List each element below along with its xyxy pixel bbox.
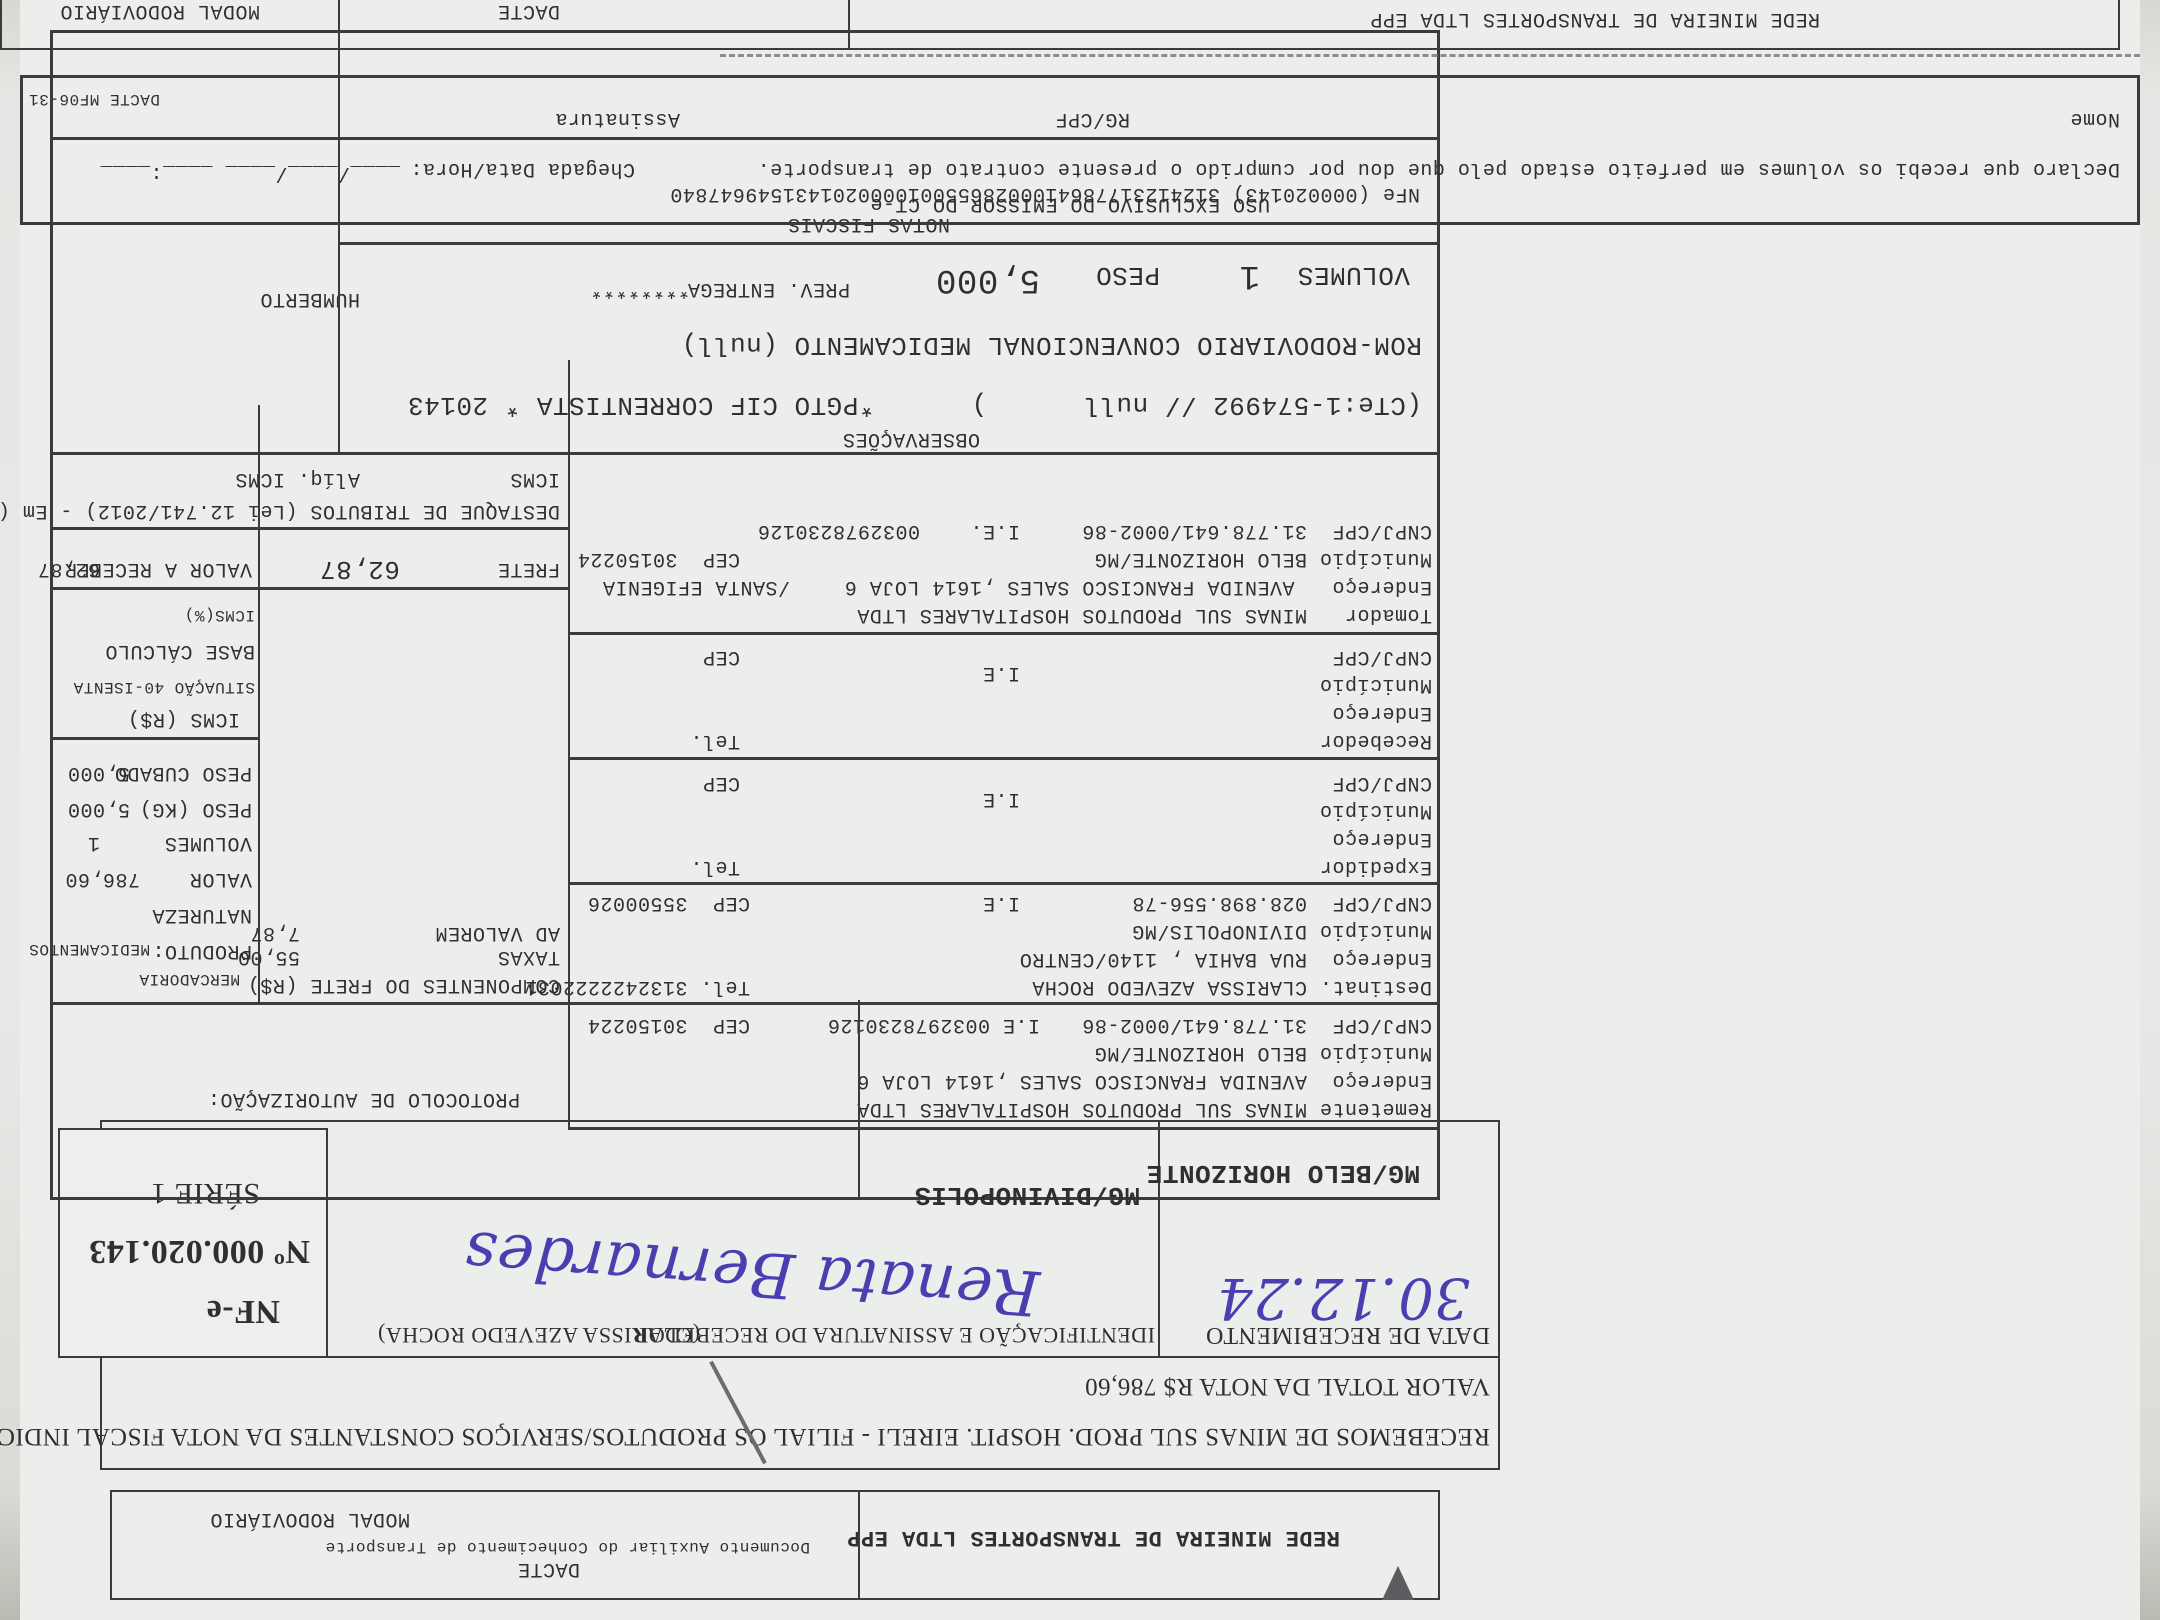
- tomador-ie-label: I.E.: [970, 519, 1020, 542]
- tax-destaque-label: DESTAQUE DE TRIBUTOS (Lei 12.741/2012) -…: [0, 499, 560, 522]
- obs-prev-entrega: ********: [590, 277, 690, 300]
- remetente-cnpj-label: CNPJ/CPF: [1332, 1013, 1432, 1036]
- recebedor-cnpj-label: CNPJ/CPF: [1332, 645, 1432, 668]
- cargo-valor-label: VALOR: [189, 867, 252, 890]
- tomador-top-line: [570, 632, 1440, 635]
- observacoes-label: OBSERVAÇÕES: [842, 427, 980, 450]
- destinatario-cnpj-label: CNPJ/CPF: [1332, 891, 1432, 914]
- recebedor-tel-label: Tel.: [690, 729, 740, 752]
- observacoes-line2: ROM-RODOVIARIO CONVENCIONAL MEDICAMENTO …: [681, 330, 1422, 360]
- cargo-peso-label: PESO (KG): [139, 797, 252, 820]
- expedidor-top-line: [570, 882, 1440, 885]
- icms-rs-line: [50, 737, 260, 740]
- tomador-cep: 30150224: [577, 547, 677, 570]
- remetente-city-label: Município: [1319, 1041, 1432, 1064]
- components-top-line: [50, 1002, 570, 1005]
- recebedor-address-label: Endereço: [1332, 701, 1432, 724]
- tax-aliq-label: Alíq. ICMS: [235, 467, 360, 490]
- expedidor-ie-label: I.E: [982, 787, 1020, 810]
- expedidor-city-label: Município: [1319, 799, 1432, 822]
- obs-volumes: 1: [1239, 256, 1260, 294]
- destinatario-address-label: Endereço: [1332, 947, 1432, 970]
- notas-top-line: [340, 242, 1440, 245]
- route-origin: MG/BELO HORIZONTE: [1146, 1158, 1420, 1188]
- protocol-label: PROTOCOLO DE AUTORIZAÇÃO:: [207, 1087, 520, 1110]
- destinatario-cep: 35500026: [587, 891, 687, 914]
- remetente-address: AVENIDA FRANCISCO SALES ,1614 LOJA 6: [857, 1069, 1307, 1092]
- components-title: COMPONENTES DO FRETE (R$): [247, 973, 560, 996]
- protocol-divider: [858, 1000, 860, 1130]
- destinatario-city-label: Município: [1319, 919, 1432, 942]
- destinatario-tel-label: Tel.: [700, 975, 750, 998]
- destaque-left-line: [568, 450, 570, 530]
- destinatario-ie-label: I.E: [982, 891, 1020, 914]
- obs-right-column-line: [338, 0, 340, 455]
- remetente-row: Remetente MINAS SUL PRODUTOS HOSPITALARE…: [857, 1097, 1432, 1120]
- tomador-district: /SANTA EFIGENIA: [602, 575, 790, 598]
- route-destination: MG/DIVINOPOLIS: [915, 1180, 1140, 1210]
- recebedor-ie-label: I.E: [982, 661, 1020, 684]
- obs-volumes-label: VOLUMES: [1297, 260, 1410, 290]
- expedidor-label: Expedidor: [1319, 855, 1432, 878]
- receipt-receiver-name: (CLARISSA AZEVEDO ROCHA): [378, 1322, 700, 1348]
- doc-modal: MODAL RODOVIÁRIO: [210, 1507, 410, 1530]
- tax-icms-pct-label: ICMS(%): [184, 606, 255, 624]
- tomador-address-label: Endereço: [1332, 575, 1432, 598]
- receipt-signature-label: IDENTIFICAÇÃO E ASSINATURA DO RECEBEDOR: [633, 1322, 1155, 1348]
- destinatario-cnpj: 028.898.556-78: [1132, 891, 1307, 914]
- route-divider: [858, 1120, 860, 1200]
- issuer-name: REDE MINEIRA DE TRANSPORTES LTDA EPP: [847, 1525, 1340, 1550]
- nfe-number: Nº 000.020.143: [89, 1232, 310, 1270]
- dacte-document-rotated: REDE MINEIRA DE TRANSPORTES LTDA EPP DAC…: [0, 0, 2160, 1620]
- tax-valor-receber: 62,87: [37, 557, 100, 580]
- remetente-cnpj: 31.778.641/0002-86: [1082, 1013, 1307, 1036]
- emissor-top-line: [50, 137, 1440, 140]
- tax-icms-rs-label: ICMS (R$): [127, 707, 240, 730]
- receipt-total: VALOR TOTAL DA NOTA R$ 786,60: [1085, 1372, 1490, 1400]
- destinatario-address: RUA BAHIA , 1140/CENTRO: [1019, 947, 1307, 970]
- tomador-cnpj: 31.778.641/0002-86: [1082, 519, 1307, 542]
- observacoes-line1: (CTe:1-574992 // null ) *PGTO CIF CORREN…: [408, 390, 1422, 420]
- notas-fiscais-entry: NFe (000020143) 312412317786410002865500…: [670, 182, 1420, 205]
- recebedor-label: Recebedor: [1319, 729, 1432, 752]
- obs-peso: 5,000: [935, 260, 1040, 298]
- cargo-peso-cubado: 5,000: [67, 761, 130, 784]
- nfe-label: NF-e: [206, 1292, 280, 1330]
- expedidor-address-label: Endereço: [1332, 827, 1432, 850]
- cargo-produto: MEDICAMENTOS: [29, 940, 150, 958]
- cargo-valor: 786,60: [65, 867, 140, 890]
- cargo-peso-cubado-label: PESO CUBADO: [114, 761, 252, 784]
- expedidor-cep-label: CEP: [702, 771, 740, 794]
- component-taxas-label: TAXAS: [497, 945, 560, 968]
- tax-situacao: SITUAÇÃO 40-ISENTA: [73, 678, 255, 696]
- cargo-produto-label: PRODUTO:: [152, 939, 252, 962]
- destinatario-top-line: [570, 1002, 1440, 1005]
- tax-icms-label: ICMS: [510, 467, 560, 490]
- tomador-address: AVENIDA FRANCISCO SALES ,1614 LOJA 6: [844, 575, 1294, 598]
- tax-base-label: BASE CÁLCULO: [105, 639, 255, 662]
- header-triangle-icon: [1382, 1566, 1414, 1600]
- destaque-top-line: [50, 527, 570, 530]
- observacoes-top-line: [50, 452, 1440, 455]
- tomador-city: BELO HORIZONTE/MG: [1094, 547, 1307, 570]
- recebedor-cep-label: CEP: [702, 645, 740, 668]
- recebedor-city-label: Município: [1319, 673, 1432, 696]
- tomador-cnpj-label: CNPJ/CPF: [1332, 519, 1432, 542]
- component-advalorem-label: AD VALOREM: [435, 921, 560, 944]
- remetente-label: Remetente: [1319, 1097, 1432, 1120]
- tomador-name: MINAS SUL PRODUTOS HOSPITALARES LTDA: [857, 603, 1307, 626]
- obs-driver: HUMBERTO: [260, 287, 360, 310]
- remetente-cep: 30150224: [587, 1013, 687, 1036]
- destinatario-cep-label: CEP: [712, 891, 750, 914]
- cargo-volumes-label: VOLUMES: [164, 831, 252, 854]
- destinatario-city: DIVINOPOLIS/MG: [1132, 919, 1307, 942]
- notas-fiscais-label: NOTAS FISCAIS: [787, 212, 950, 235]
- destinatario-name: CLARISSA AZEVEDO ROCHA: [1032, 975, 1307, 998]
- remetente-top-line: [570, 1127, 1440, 1130]
- remetente-city: BELO HORIZONTE/MG: [1094, 1041, 1307, 1064]
- cargo-natureza-label: NATUREZA: [152, 903, 252, 926]
- expedidor-tel-label: Tel.: [690, 855, 740, 878]
- receipt-date-handwritten: 30.12.24: [1217, 1265, 1470, 1330]
- tomador-label: Tomador: [1344, 603, 1432, 626]
- cargo-left-line: [258, 405, 260, 1005]
- remetente-ie-label: I.E: [1002, 1013, 1040, 1036]
- tomador-city-label: Município: [1319, 547, 1432, 570]
- recebedor-top-line: [570, 757, 1440, 760]
- destinatario-label: Destinat.: [1319, 975, 1432, 998]
- frete-value: 62,87: [319, 554, 400, 584]
- remetente-cep-label: CEP: [712, 1013, 750, 1036]
- doc-type: DACTE: [517, 1557, 580, 1580]
- obs-peso-label: PESO: [1096, 260, 1160, 290]
- doc-subtitle: Documento Auxiliar do Conhecimento de Tr…: [325, 1538, 810, 1556]
- remetente-name: MINAS SUL PRODUTOS HOSPITALARES LTDA: [857, 1097, 1307, 1120]
- cargo-mercadoria-label: MERCADORIA: [139, 970, 240, 988]
- frete-label: FRETE: [497, 557, 560, 580]
- cargo-volumes: 1: [87, 831, 100, 854]
- tomador-cep-label: CEP: [702, 547, 740, 570]
- expedidor-cnpj-label: CNPJ/CPF: [1332, 771, 1432, 794]
- cargo-peso: 5,000: [67, 797, 130, 820]
- frete-divider: [258, 530, 260, 590]
- frete-top-line: [50, 587, 570, 590]
- obs-prev-entrega-label: PREV. ENTREGA: [687, 277, 850, 300]
- remetente-address-label: Endereço: [1332, 1069, 1432, 1092]
- header-divider: [858, 1490, 860, 1600]
- tomador-ie: 0032978230126: [757, 519, 920, 542]
- remetente-ie: 0032978230126: [827, 1013, 990, 1036]
